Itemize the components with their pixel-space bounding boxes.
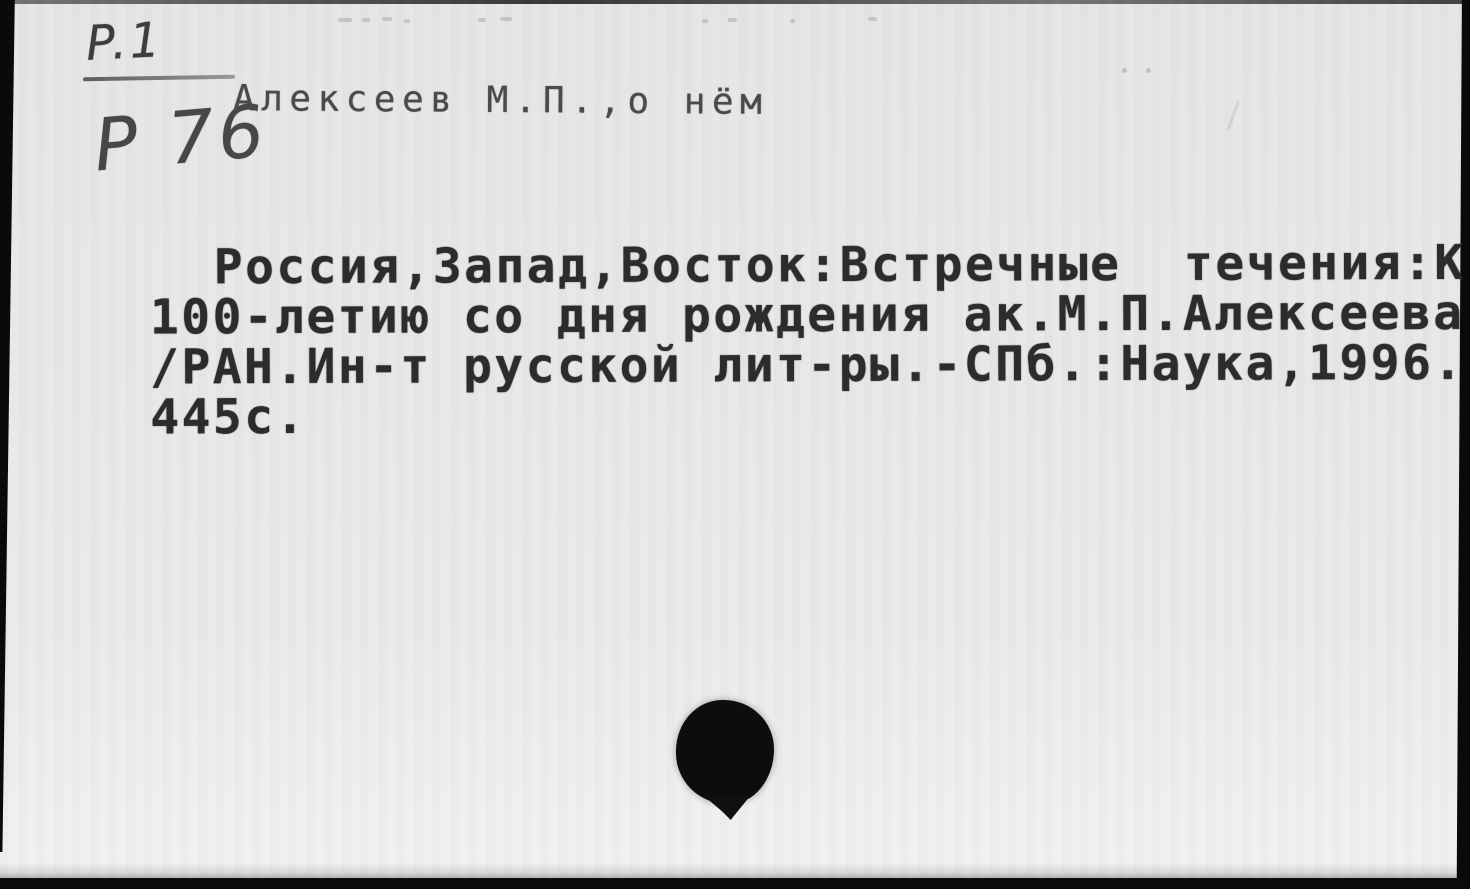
author-heading: Алексеев М.П.,о нём [233,78,769,123]
scan-noise-speck [1122,68,1127,73]
entry-line-imprint: /РАН.Ин-т русской лит-ры.-СПб.:Наука,199… [150,338,1470,393]
scan-noise-slash [1227,100,1240,129]
punch-hole-mark [676,700,774,804]
scan-noise-mark [404,19,410,23]
scan-noise-mark [790,19,795,23]
punch-hole-tail [704,796,750,820]
scan-edge-top [0,0,1470,4]
scan-noise-mark [702,19,708,23]
scan-noise-mark [382,17,392,21]
scan-edge-right [1452,0,1470,889]
scan-noise-mark [362,18,370,22]
scan-noise-mark [728,18,737,22]
scan-noise-mark [478,18,486,22]
call-number-top: P.1 [85,12,165,72]
library-catalog-card-scan: P.1 Р 76 Алексеев М.П.,о нём Россия,Запа… [0,0,1470,889]
scan-noise-mark [338,18,352,22]
entry-line-pagination: 445с. [150,388,1470,443]
scan-edge-bottom [0,878,1470,889]
scan-edge-left [0,0,20,852]
call-number-underline [83,75,235,82]
entry-line-title: Россия,Запад,Восток:Встречные течения:К [150,238,1470,293]
bottom-shadow-band [0,862,1470,878]
entry-line-subtitle: 100-летию со дня рождения ак.М.П.Алексее… [150,288,1470,343]
scan-noise-speck [1146,68,1151,73]
scan-noise-mark [868,17,877,21]
bibliographic-entry: Россия,Запад,Восток:Встречные течения:К … [150,238,1470,443]
scan-noise-mark [500,17,512,21]
